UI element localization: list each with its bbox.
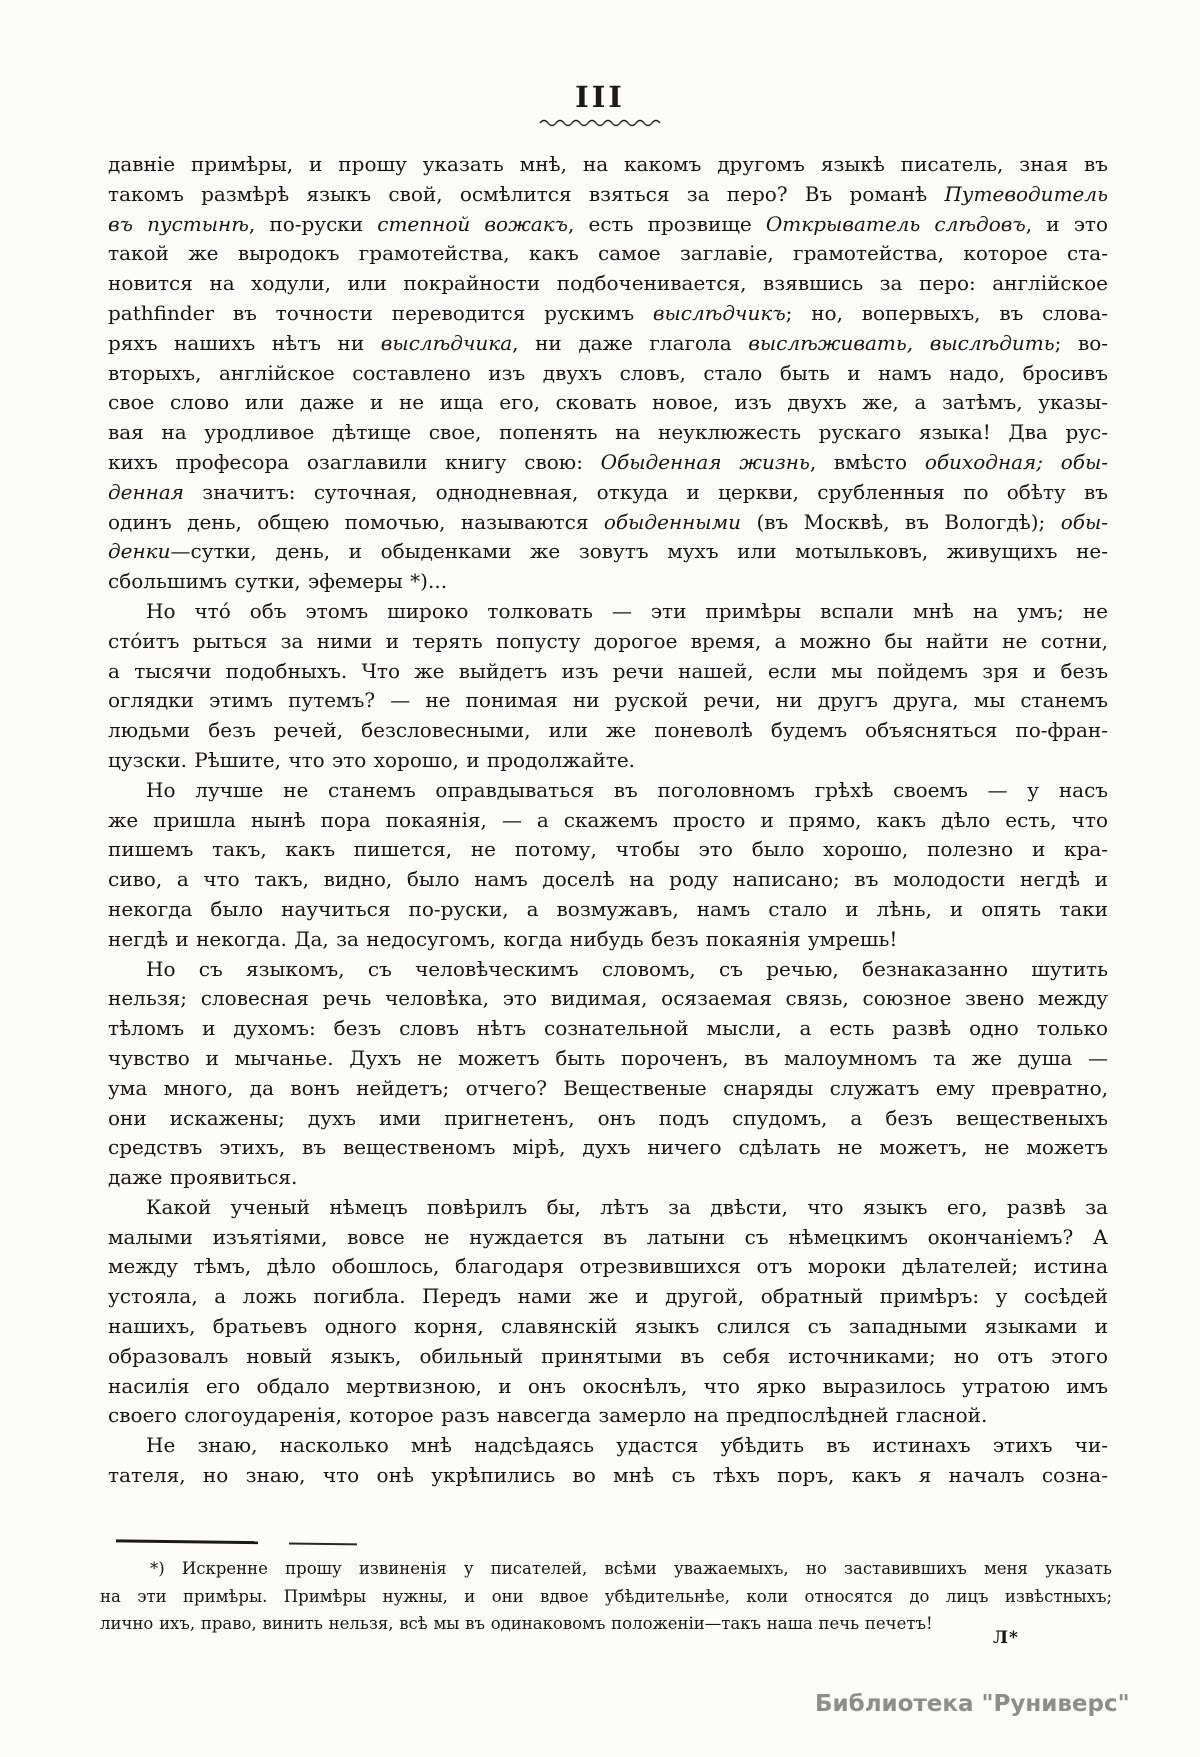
text-line: сиво, а что такъ, видно, было намъ досел… <box>108 865 1108 895</box>
italic-text-segment: въ пустынѣ <box>108 212 249 236</box>
text-line: образовалъ новый языкъ, обильный приняты… <box>108 1342 1108 1372</box>
text-line: сбольшимъ сутки, эфемеры *)... <box>108 567 1108 597</box>
text-segment: , и это <box>1026 212 1108 236</box>
text-segment: сиво, а что такъ, видно, было намъ досел… <box>108 867 1108 891</box>
wavy-rule-ornament <box>538 117 662 127</box>
text-line: своего слогоударенія, которое разъ навсе… <box>108 1401 1108 1431</box>
text-line: насилія его обдало мертвизною, и онъ око… <box>108 1372 1108 1402</box>
text-line: ряхъ нашихъ нѣтъ ни выслѣдчика, ни даже … <box>108 329 1108 359</box>
footnote-text: *) Искренне прошу извиненія у писателей,… <box>100 1555 1112 1638</box>
text-segment: такой же выродокъ грамотейства, какъ сам… <box>108 241 1108 265</box>
text-segment: *) Искренне прошу извиненія у писателей,… <box>150 1559 1112 1578</box>
library-watermark: Библиотека "Руниверс" <box>815 1691 1130 1717</box>
text-segment: ; но, вопервыхъ, въ слова- <box>786 301 1108 325</box>
footnote-separator-dash <box>289 1543 357 1546</box>
italic-text-segment: выслѣживать, выслѣдить <box>748 331 1054 355</box>
text-line: Какой ученый нѣмецъ повѣрилъ бы, лѣтъ за… <box>108 1193 1108 1223</box>
text-segment: цузски. Рѣшите, что это хорошо, и продол… <box>108 748 635 772</box>
italic-text-segment: обиходная; обы- <box>925 450 1108 474</box>
text-segment: сто́итъ рыться за ними и терять попусту … <box>108 629 1108 653</box>
text-segment: —сутки, день, и обыденками же зовутъ мух… <box>171 539 1108 563</box>
text-line: Но съ языкомъ, съ человѣческимъ словомъ,… <box>108 955 1108 985</box>
text-segment: (въ Москвѣ, въ Вологдѣ); <box>741 510 1061 534</box>
text-line: такой же выродокъ грамотейства, какъ сам… <box>108 239 1108 269</box>
text-segment: ума много, да вонъ нейдетъ; отчего? Веще… <box>108 1076 1108 1100</box>
text-segment: Какой ученый нѣмецъ повѣрилъ бы, лѣтъ за… <box>146 1195 1108 1219</box>
scanned-book-page: III давніе примѣры, и прошу указать мнѣ,… <box>0 0 1200 1757</box>
text-segment: своего слогоударенія, которое разъ навсе… <box>108 1403 987 1427</box>
text-line: денная значитъ: суточная, однодневная, о… <box>108 478 1108 508</box>
text-line: свое слово или даже и не ища его, сковат… <box>108 388 1108 418</box>
text-segment: свое слово или даже и не ища его, сковат… <box>108 390 1108 414</box>
text-segment: а тысячи подобныхъ. Что же выйдетъ изъ р… <box>108 659 1108 683</box>
text-line: кихъ професора озаглавили книгу свою: Об… <box>108 448 1108 478</box>
italic-text-segment: Путеводитель <box>944 182 1108 206</box>
text-segment: кихъ професора озаглавили книгу свою: <box>108 450 601 474</box>
text-segment: пишемъ такъ, какъ пишется, не потому, чт… <box>108 837 1108 861</box>
italic-text-segment: денная <box>108 480 184 504</box>
text-segment: , есть прозвище <box>568 212 766 236</box>
text-line: тателя, но знаю, что онѣ укрѣпились во м… <box>108 1461 1108 1491</box>
text-segment: тателя, но знаю, что онѣ укрѣпились во м… <box>108 1463 1108 1487</box>
text-line: ума много, да вонъ нейдетъ; отчего? Веще… <box>108 1074 1108 1104</box>
text-segment: на эти примѣры. Примѣры нужны, и они вдв… <box>100 1587 1112 1606</box>
text-line: людьми безъ речей, безсловесными, или же… <box>108 716 1108 746</box>
text-line: устояла, а ложь погибла. Передъ нами же … <box>108 1282 1108 1312</box>
text-segment: сбольшимъ сутки, эфемеры *)... <box>108 569 447 593</box>
text-segment: образовалъ новый языкъ, обильный приняты… <box>108 1344 1108 1368</box>
text-segment: негдѣ и некогда. Да, за недосугомъ, когд… <box>108 927 897 951</box>
text-segment: лично ихъ, право, винить нельзя, всѣ мы … <box>100 1614 933 1633</box>
text-line: лично ихъ, право, винить нельзя, всѣ мы … <box>100 1610 1112 1638</box>
text-line: негдѣ и некогда. Да, за недосугомъ, когд… <box>108 925 1108 955</box>
text-line: чувство и мычанье. Духъ не можетъ быть п… <box>108 1044 1108 1074</box>
text-segment: тѣломъ и духомъ: безъ словъ нѣтъ сознате… <box>108 1016 1108 1040</box>
italic-text-segment: Обыденная жизнь <box>601 450 810 474</box>
text-segment: малыми изъятіями, вовсе не нуждается въ … <box>108 1225 1108 1249</box>
text-segment: они искажены; духъ ими пригнетенъ, онъ п… <box>108 1106 1108 1130</box>
text-segment: насилія его обдало мертвизною, и онъ око… <box>108 1374 1108 1398</box>
text-line: некогда было научиться по-руски, а возму… <box>108 895 1108 925</box>
signature-mark: Л* <box>993 1628 1019 1648</box>
text-line: вая на уродливое дѣтище свое, попенять н… <box>108 418 1108 448</box>
text-line: пишемъ такъ, какъ пишется, не потому, чт… <box>108 835 1108 865</box>
text-segment: средствъ этихъ, въ вещественомъ мірѣ, ду… <box>108 1135 1108 1159</box>
text-segment: ряхъ нашихъ нѣтъ ни <box>108 331 381 355</box>
text-segment: ; во- <box>1055 331 1108 355</box>
text-segment: одинъ день, общею помочью, называются <box>108 510 604 534</box>
text-segment: оглядки этимъ путемъ? — не понимая ни ру… <box>108 688 1108 712</box>
text-line: нашихъ, братьевъ одного корня, славянскі… <box>108 1312 1108 1342</box>
text-line: между тѣмъ, дѣло обошлось, благодаря отр… <box>108 1252 1108 1282</box>
text-line: одинъ день, общею помочью, называются об… <box>108 508 1108 538</box>
italic-text-segment: денки <box>108 539 171 563</box>
text-segment: , вмѣсто <box>810 450 925 474</box>
text-segment: значитъ: суточная, однодневная, откуда и… <box>184 480 1108 504</box>
text-segment: между тѣмъ, дѣло обошлось, благодаря отр… <box>108 1254 1108 1278</box>
text-segment: даже проявиться. <box>108 1165 297 1189</box>
text-segment: Но лучше не станемъ оправдываться въ пог… <box>146 778 1108 802</box>
text-line: pathfinder въ точности переводится руски… <box>108 299 1108 329</box>
text-line: вторыхъ, англійское составлено изъ двухъ… <box>108 359 1108 389</box>
page-number-roman: III <box>0 80 1200 114</box>
text-line: малыми изъятіями, вовсе не нуждается въ … <box>108 1223 1108 1253</box>
italic-text-segment: Открыватель слѣдовъ <box>766 212 1026 236</box>
text-line: нельзя; словесная речь человѣка, это вид… <box>108 984 1108 1014</box>
text-line: Но что́ объ этомъ широко толковать — эти… <box>108 597 1108 627</box>
text-segment: такомъ размѣрѣ языкъ свой, осмѣлится взя… <box>108 182 944 206</box>
text-segment: нашихъ, братьевъ одного корня, славянскі… <box>108 1314 1108 1338</box>
italic-text-segment: выслѣдчикъ <box>653 301 786 325</box>
text-segment: чувство и мычанье. Духъ не можетъ быть п… <box>108 1046 1108 1070</box>
text-line: тѣломъ и духомъ: безъ словъ нѣтъ сознате… <box>108 1014 1108 1044</box>
italic-text-segment: обы- <box>1061 510 1108 534</box>
text-segment: давніе примѣры, и прошу указать мнѣ, на … <box>108 152 1108 176</box>
text-segment: людьми безъ речей, безсловесными, или же… <box>108 718 1108 742</box>
text-line: же пришла нынѣ пора покаянія, — а скажем… <box>108 806 1108 836</box>
text-line: новится на ходули, или покрайности подбо… <box>108 269 1108 299</box>
text-segment: , ни даже глагола <box>512 331 748 355</box>
text-segment: новится на ходули, или покрайности подбо… <box>108 271 1108 295</box>
main-text: давніе примѣры, и прошу указать мнѣ, на … <box>108 150 1108 1491</box>
italic-text-segment: степной вожакъ <box>377 212 568 236</box>
text-line: оглядки этимъ путемъ? — не понимая ни ру… <box>108 686 1108 716</box>
italic-text-segment: выслѣдчика <box>381 331 512 355</box>
text-segment: Но съ языкомъ, съ человѣческимъ словомъ,… <box>146 957 1108 981</box>
text-segment: Не знаю, насколько мнѣ надсѣдаясь удастс… <box>146 1433 1108 1457</box>
text-line: сто́итъ рыться за ними и терять попусту … <box>108 627 1108 657</box>
text-line: *) Искренне прошу извиненія у писателей,… <box>100 1555 1112 1583</box>
text-line: на эти примѣры. Примѣры нужны, и они вдв… <box>100 1583 1112 1611</box>
footnote-separator-solid <box>116 1539 258 1544</box>
footnote-separator <box>116 1539 376 1548</box>
text-segment: устояла, а ложь погибла. Передъ нами же … <box>108 1284 1108 1308</box>
text-line: давніе примѣры, и прошу указать мнѣ, на … <box>108 150 1108 180</box>
text-line: они искажены; духъ ими пригнетенъ, онъ п… <box>108 1104 1108 1134</box>
text-segment: pathfinder въ точности переводится руски… <box>108 301 653 325</box>
text-line: такомъ размѣрѣ языкъ свой, осмѣлится взя… <box>108 180 1108 210</box>
text-segment: вая на уродливое дѣтище свое, попенять н… <box>108 420 1108 444</box>
italic-text-segment: обыденными <box>604 510 741 534</box>
text-line: денки—сутки, день, и обыденками же зовут… <box>108 537 1108 567</box>
text-line: Не знаю, насколько мнѣ надсѣдаясь удастс… <box>108 1431 1108 1461</box>
text-segment: Но что́ объ этомъ широко толковать — эти… <box>146 599 1108 623</box>
text-segment: некогда было научиться по-руски, а возму… <box>108 897 1108 921</box>
text-line: даже проявиться. <box>108 1163 1108 1193</box>
text-segment: вторыхъ, англійское составлено изъ двухъ… <box>108 361 1108 385</box>
text-segment: же пришла нынѣ пора покаянія, — а скажем… <box>108 808 1108 832</box>
text-line: цузски. Рѣшите, что это хорошо, и продол… <box>108 746 1108 776</box>
text-segment: нельзя; словесная речь человѣка, это вид… <box>108 986 1108 1010</box>
text-line: въ пустынѣ, по-руски степной вожакъ, ест… <box>108 210 1108 240</box>
text-segment: , по-руски <box>249 212 377 236</box>
text-line: средствъ этихъ, въ вещественомъ мірѣ, ду… <box>108 1133 1108 1163</box>
text-line: а тысячи подобныхъ. Что же выйдетъ изъ р… <box>108 657 1108 687</box>
text-line: Но лучше не станемъ оправдываться въ пог… <box>108 776 1108 806</box>
